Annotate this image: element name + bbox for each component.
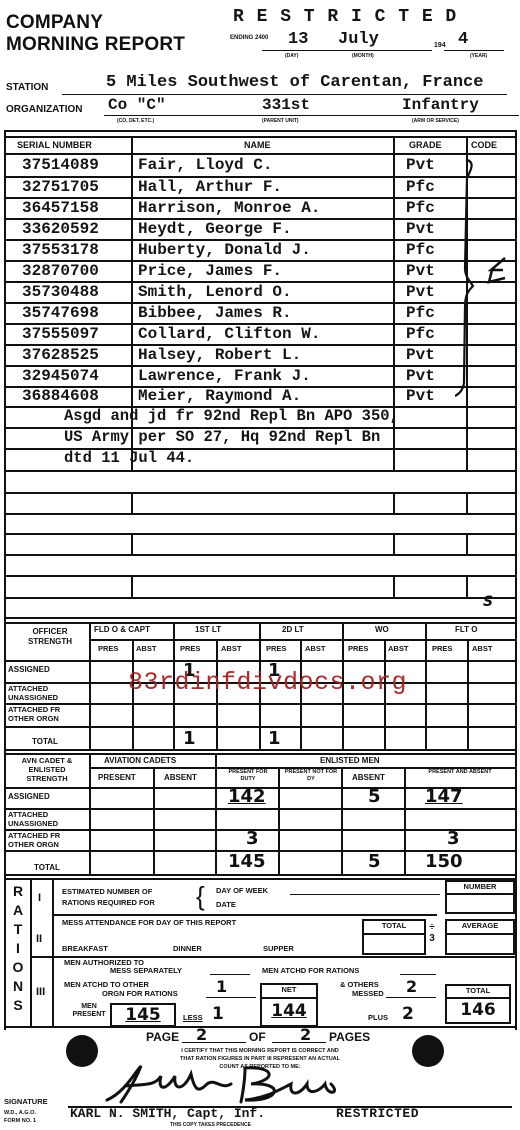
subcol-pres: PRES xyxy=(180,644,200,653)
serial-number: 35730488 xyxy=(22,283,99,301)
page-label: PAGE xyxy=(146,1030,179,1044)
mess-total-label: TOTAL xyxy=(364,921,424,935)
col-avn-absent: ABSENT xyxy=(164,773,197,782)
atchd-other-value: 1 xyxy=(216,977,227,996)
col-avn-present: PRESENT xyxy=(98,773,136,782)
rations-letter: A xyxy=(8,901,28,920)
soldier-grade: Pfc xyxy=(406,325,435,343)
of-label: OF xyxy=(249,1030,266,1044)
table-row: 36457158 Harrison, Monroe A. Pfc xyxy=(0,198,520,219)
soldier-grade: Pfc xyxy=(406,304,435,322)
subcol-pres: PRES xyxy=(266,644,286,653)
soldier-grade: Pvt xyxy=(406,367,435,385)
soldier-name: Meier, Raymond A. xyxy=(138,387,301,405)
soldier-grade: Pfc xyxy=(406,199,435,217)
table-row: 33620592 Heydt, George F. Pvt xyxy=(0,219,520,240)
serial-number: 37514089 xyxy=(22,156,99,174)
soldier-grade: Pvt xyxy=(406,346,435,364)
soldier-grade: Pvt xyxy=(406,283,435,301)
day-caption: (DAY) xyxy=(285,53,298,59)
atchd-for-rations-label: MEN ATCHD FOR RATIONS xyxy=(262,966,359,975)
section-ii-numeral: II xyxy=(36,933,42,945)
parent-unit-value: 331st xyxy=(262,96,310,114)
mess-total-box: TOTAL xyxy=(362,919,426,955)
soldier-grade: Pfc xyxy=(406,241,435,259)
atchd-other-label-1: MEN ATCHD TO OTHER xyxy=(64,980,149,989)
enlisted-assigned-absent: 5 xyxy=(368,786,381,807)
less-label: LESS xyxy=(183,1013,203,1022)
form-id-2: FORM NO. 1 xyxy=(4,1118,36,1124)
col-enl-present-and-absent: PRESENT AND ABSENT xyxy=(420,769,500,776)
number-box: NUMBER xyxy=(445,880,515,914)
year-prefix: 194 xyxy=(434,42,446,49)
table-row: 32945074 Lawrence, Frank J. Pvt xyxy=(0,366,520,387)
table-row: 35730488 Smith, Lenord O. Pvt xyxy=(0,282,520,303)
serial-number: 32945074 xyxy=(22,367,99,385)
serial-number: 36884608 xyxy=(22,387,99,405)
soldier-grade: Pvt xyxy=(406,262,435,280)
supper-label: SUPPER xyxy=(263,944,294,953)
soldier-name: Heydt, George F. xyxy=(138,220,292,238)
report-year: 4 xyxy=(458,30,468,49)
men-present-box: 145 xyxy=(110,1003,176,1027)
enlisted-assigned-total: 147 xyxy=(425,786,463,807)
classification-top: R E S T R I C T E D xyxy=(233,7,457,27)
organization-label: ORGANIZATION xyxy=(6,104,82,115)
officer-strength-title-2: STRENGTH xyxy=(20,637,80,647)
others-messed-label-2: MESSED xyxy=(352,989,384,998)
soldier-name: Lawrence, Frank J. xyxy=(138,367,311,385)
soldier-name: Price, James F. xyxy=(138,262,282,280)
serial-number: 37553178 xyxy=(22,241,99,259)
mess-separately-label-2: MESS SEPARATELY xyxy=(110,966,182,975)
section-iii-numeral: III xyxy=(36,986,45,998)
station-value: 5 Miles Southwest of Carentan, France xyxy=(106,73,483,92)
serial-number: 32870700 xyxy=(22,262,99,280)
enlisted-row-total: TOTAL xyxy=(34,863,60,872)
report-month: July xyxy=(338,30,379,49)
officer-total-2d-lt-pres: 1 xyxy=(268,728,281,749)
col-header-name: NAME xyxy=(244,140,271,150)
subcol-abst: ABST xyxy=(472,644,492,653)
subcol-abst: ABST xyxy=(305,644,325,653)
section-i-numeral: I xyxy=(38,892,41,904)
soldier-grade: Pvt xyxy=(406,387,435,405)
end-mark: S xyxy=(483,594,493,610)
enlisted-attached-total: 3 xyxy=(447,828,460,849)
group-1st-lt: 1ST LT xyxy=(195,625,221,634)
form-id-1: W.D., A.G.O. xyxy=(4,1110,36,1116)
officer-total-1st-lt-pres: 1 xyxy=(183,728,196,749)
soldier-name: Huberty, Donald J. xyxy=(138,241,311,259)
year-caption: (YEAR) xyxy=(470,53,487,59)
enlisted-attached-present-duty: 3 xyxy=(246,828,259,849)
signature-label: SIGNATURE xyxy=(4,1097,48,1106)
enlisted-total-total: 150 xyxy=(425,851,463,872)
number-label: NUMBER xyxy=(447,882,513,895)
serial-number: 37628525 xyxy=(22,346,99,364)
group-2d-lt: 2D LT xyxy=(282,625,304,634)
dinner-label: DINNER xyxy=(173,944,202,953)
enlisted-total-present-duty: 145 xyxy=(228,851,266,872)
binder-hole-left xyxy=(66,1035,98,1067)
net-label: NET xyxy=(262,985,316,999)
signature-value: Karl N Smith xyxy=(1,1092,7,1093)
divide-by-three: ÷ 3 xyxy=(427,922,437,944)
enlisted-assigned-present-duty: 142 xyxy=(228,786,266,807)
table-row: 37553178 Huberty, Donald J. Pfc xyxy=(0,240,520,261)
enlisted-row-attached-other: ATTACHED FR OTHER ORGN xyxy=(8,831,88,849)
average-label: AVERAGE xyxy=(447,921,513,935)
ending-label: ENDING 2400 xyxy=(230,34,270,42)
serial-number: 35747698 xyxy=(22,304,99,322)
table-row: 37555097 Collard, Clifton W. Pfc xyxy=(0,324,520,345)
plus-label: PLUS xyxy=(368,1013,388,1022)
morning-report-form: COMPANY MORNING REPORT R E S T R I C T E… xyxy=(0,0,520,1130)
group-flt-o: FLT O xyxy=(455,625,478,634)
remarks-line-1: Asgd and jd fr 92nd Repl Bn APO 350, xyxy=(64,407,399,425)
classification-bottom: RESTRICTED xyxy=(336,1106,419,1121)
parent-caption: (PARENT UNIT) xyxy=(262,118,299,124)
col-header-serial: SERIAL NUMBER xyxy=(17,140,92,150)
soldier-name: Collard, Clifton W. xyxy=(138,325,320,343)
subcol-abst: ABST xyxy=(136,644,156,653)
table-row: 37628525 Halsey, Robert L. Pvt xyxy=(0,345,520,366)
col-header-code: CODE xyxy=(471,140,497,150)
plus-value: 2 xyxy=(402,1004,414,1024)
enlisted-total-absent: 5 xyxy=(368,851,381,872)
col-enl-present-not-for-duty: PRESENT NOT FOR DY xyxy=(284,769,338,783)
table-row: 35747698 Bibbee, James R. Pfc xyxy=(0,303,520,324)
group-wo: WO xyxy=(375,625,389,634)
rations-letter: N xyxy=(8,977,28,996)
section-i-text: ESTIMATED NUMBER OF RATIONS REQUIRED FOR xyxy=(62,886,155,908)
signer-typed-name: KARL N. SMITH, Capt, Inf. xyxy=(70,1106,265,1121)
certification-line-1: I CERTIFY THAT THIS MORNING REPORT IS CO… xyxy=(130,1047,390,1055)
company-caption: (CO, DET, ETC.) xyxy=(117,118,154,124)
others-messed-value: 2 xyxy=(406,977,417,996)
rations-side-label: R A T I O N S xyxy=(8,882,28,1015)
col-header-grade: GRADE xyxy=(409,140,442,150)
breakfast-label: BREAKFAST xyxy=(62,944,108,953)
soldier-grade: Pvt xyxy=(406,220,435,238)
average-box: AVERAGE xyxy=(445,919,515,955)
day-of-week-label: DAY OF WEEK xyxy=(216,886,268,895)
rations-total-label: TOTAL xyxy=(447,986,509,999)
serial-number: 33620592 xyxy=(22,220,99,238)
form-title-line1: COMPANY xyxy=(6,12,103,33)
atchd-other-label-2: ORGN FOR RATIONS xyxy=(102,989,178,998)
aviation-cadets-header: AVIATION CADETS xyxy=(104,756,176,765)
serial-number: 37555097 xyxy=(22,325,99,343)
soldier-name: Harrison, Monroe A. xyxy=(138,199,320,217)
soldier-grade: Pvt xyxy=(406,156,435,174)
subcol-pres: PRES xyxy=(348,644,368,653)
rations-letter: T xyxy=(8,920,28,939)
rations-total-value: 146 xyxy=(447,999,509,1021)
serial-number: 32751705 xyxy=(22,178,99,196)
month-caption: (MONTH) xyxy=(352,53,374,59)
subcol-pres: PRES xyxy=(432,644,452,653)
table-row: 32751705 Hall, Arthur F. Pfc xyxy=(0,177,520,198)
men-present-value: 145 xyxy=(112,1005,174,1025)
enlisted-strength-title: AVN CADET & ENLISTED STRENGTH xyxy=(10,756,84,783)
report-day: 13 xyxy=(288,30,308,49)
remarks-line-2: US Army per SO 27, Hq 92nd Repl Bn xyxy=(64,428,380,446)
soldier-name: Bibbee, James R. xyxy=(138,304,292,322)
table-row: 36884608 Meier, Raymond A. Pvt xyxy=(0,387,520,408)
col-enl-present-for-duty: PRESENT FOR DUTY xyxy=(222,769,274,783)
net-value: 144 xyxy=(262,999,316,1023)
arm-caption: (ARM OR SERVICE) xyxy=(412,118,459,124)
station-label: STATION xyxy=(6,82,48,93)
binder-hole-right xyxy=(412,1035,444,1067)
mess-attendance-label: MESS ATTENDANCE FOR DAY OF THIS REPORT xyxy=(62,918,236,927)
rations-letter: O xyxy=(8,958,28,977)
rations-letter: S xyxy=(8,996,28,1015)
code-value: E xyxy=(488,242,489,243)
signature-scribble xyxy=(95,1062,375,1106)
subcol-abst: ABST xyxy=(388,644,408,653)
officer-strength-title: OFFICER STRENGTH xyxy=(20,627,80,647)
soldier-name: Smith, Lenord O. xyxy=(138,283,292,301)
section-i-text-1: ESTIMATED NUMBER OF xyxy=(62,886,155,897)
rations-letter: I xyxy=(8,939,28,958)
men-present-label: MEN PRESENT xyxy=(72,1003,106,1019)
brace-icon: { xyxy=(196,881,205,911)
remarks-line-3: dtd 11 Jul 44. xyxy=(64,449,194,467)
printed-note: THIS COPY TAKES PRECEDENCE xyxy=(170,1122,251,1128)
table-row: 32870700 Price, James F. Pvt xyxy=(0,261,520,282)
enlisted-row-assigned: ASSIGNED xyxy=(8,792,50,801)
enlisted-men-header: ENLISTED MEN xyxy=(320,756,380,765)
officer-row-total: TOTAL xyxy=(32,737,58,746)
officer-row-attached-unassigned: ATTACHED UNASSIGNED xyxy=(8,684,88,702)
pages-label: PAGES xyxy=(329,1030,370,1044)
serial-number: 36457158 xyxy=(22,199,99,217)
form-title-line2: MORNING REPORT xyxy=(6,34,185,55)
group-fld-capt: FLD O & CAPT xyxy=(94,625,150,634)
rations-total-box: TOTAL 146 xyxy=(445,984,511,1024)
company-value: Co "C" xyxy=(108,96,166,114)
soldier-name: Hall, Arthur F. xyxy=(138,178,282,196)
soldier-name: Fair, Lloyd C. xyxy=(138,156,272,174)
others-messed-label-1: & OTHERS xyxy=(340,980,379,989)
officer-strength-title-1: OFFICER xyxy=(20,627,80,637)
date-label: DATE xyxy=(216,900,236,909)
subcol-pres: PRES xyxy=(98,644,118,653)
table-row: 37514089 Fair, Lloyd C. Pvt xyxy=(0,155,520,176)
col-enl-absent: ABSENT xyxy=(352,773,385,782)
watermark-text: 83rdinfdivdocs.org xyxy=(128,668,407,697)
subcol-abst: ABST xyxy=(221,644,241,653)
section-i-text-2: RATIONS REQUIRED FOR xyxy=(62,897,155,908)
officer-row-attached-other: ATTACHED FR OTHER ORGN xyxy=(8,705,88,723)
arm-of-service-value: Infantry xyxy=(402,96,479,114)
less-value: 1 xyxy=(212,1004,224,1024)
enlisted-row-attached-unassigned: ATTACHED UNASSIGNED xyxy=(8,810,88,828)
soldier-grade: Pfc xyxy=(406,178,435,196)
officer-row-assigned: ASSIGNED xyxy=(8,665,50,674)
bracket-code-mark xyxy=(455,158,520,398)
rations-letter: R xyxy=(8,882,28,901)
net-box: NET 144 xyxy=(260,983,318,1027)
soldier-name: Halsey, Robert L. xyxy=(138,346,301,364)
